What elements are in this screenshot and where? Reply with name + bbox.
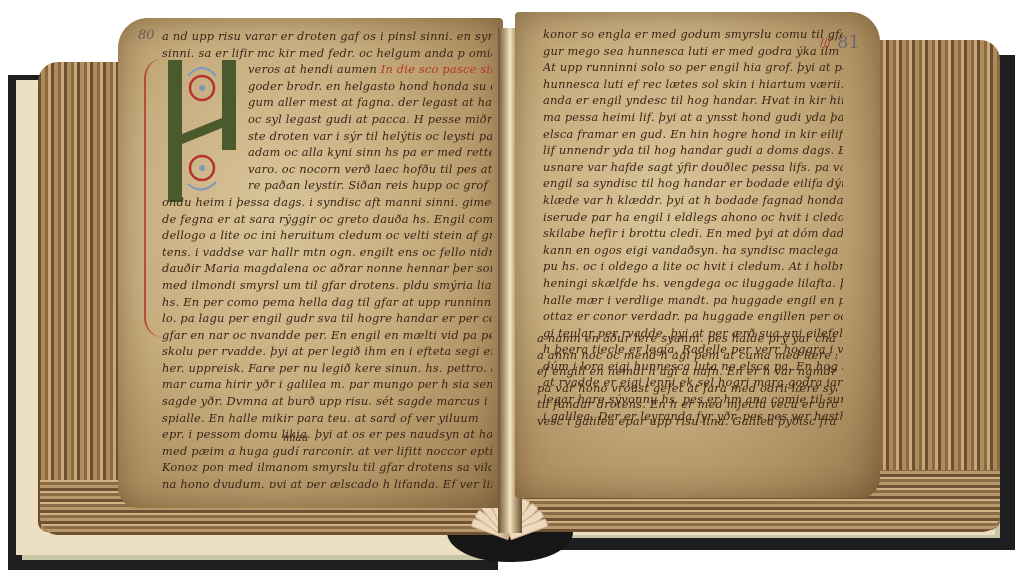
- text-line: de fegna er at sara rýggir oc greto dauð…: [162, 211, 492, 228]
- text-line: hs. En per como pema hella dag til gfar …: [162, 294, 492, 311]
- text-line: adam oc alla kyni sinn hs pa er med rett…: [162, 144, 492, 161]
- text-line: epr. i pessom domu likia. þyi at os er p…: [162, 426, 492, 443]
- text-line: ondu heim i þessa dags. i syndisc aft ma…: [162, 194, 492, 211]
- text-line: halle mær i verdlige mandt. pa huggade e…: [543, 292, 843, 309]
- text-line: engil sa syndisc til hog handar er bodad…: [543, 175, 843, 192]
- text-line: sinni. sa er lifir mc kir med fedr. oc h…: [162, 45, 492, 62]
- text-line: til fundar drotens. En h er med mjeclu v…: [537, 396, 837, 413]
- text-line: lo. pa lagu per engil gudr sva til hogre…: [162, 310, 492, 327]
- text-line: sagde yðr. Dvmna at burð upp risu. sét s…: [162, 393, 492, 410]
- text-line: med pæim a huga gudí rarconir. at ver li…: [162, 443, 492, 460]
- right-page-text-lower: a namn en aður lere syanni. pes halde pr…: [537, 330, 837, 440]
- text-line: ottaz er conor verdadr. pa huggade engil…: [543, 308, 843, 325]
- text-line: varo. oc nocorn verð laec hofðu til pes …: [162, 161, 492, 178]
- text-line: re paðan leystir. Siðan reis hupp oc gro…: [162, 177, 492, 194]
- text-line-with-rubric: veros at hendi aumen In die sco pasce si…: [162, 61, 492, 78]
- text-line: pa var hono vroust gefet at fara med odr…: [537, 380, 837, 397]
- text-line: a nd upp risu varar er droten gaf os i p…: [162, 28, 492, 45]
- text-line: mar cuma hirir yðr i galilea m. par mung…: [162, 376, 492, 393]
- text-line: elsca framar en gud. En hin hogre hond i…: [543, 126, 843, 143]
- rubric-heading: In die sco pasce sino ad ppim.: [381, 62, 492, 76]
- text-line: kann en ogos eigi vandaðsyn. ha syndisc …: [543, 242, 843, 259]
- text-line: a namn en aður lere syanni. pes halde pr…: [537, 330, 837, 347]
- left-page: 80 46 a nd upp risu varar er droten gaf …: [118, 18, 503, 508]
- folio-number: 80: [138, 28, 155, 43]
- text-line: At upp runninni solo so per engil hia gr…: [543, 59, 843, 76]
- text-line: skolu per rvadde. þyi at per legið ihm e…: [162, 343, 492, 360]
- text-line: ef engill en nemdi h agi a nafn. En er h…: [537, 363, 837, 380]
- text-line: gfar en nar oc nvandde per. En engil en …: [162, 327, 492, 344]
- text-line: konor so engla er med godum smyrslu comu…: [543, 26, 843, 43]
- catchword: miau: [283, 433, 308, 444]
- text-line: pu hs. oc i oldego a lite oc hvit i cled…: [543, 258, 843, 275]
- text-line: gur mego sea hunnesca luti er med godra …: [543, 43, 843, 60]
- text-line: anda er engil yndesc til hog handar. Hva…: [543, 92, 843, 109]
- text-line: ma pessa heimi lif. þyi at a ynsst hond …: [543, 109, 843, 126]
- text-line: tens. i vaddse var hallr mtn ogn. engilt…: [162, 244, 492, 261]
- text-line: heningi skælfde hs. vengdega oc iluggade…: [543, 275, 843, 292]
- text-line: her. uppreisk. Fare per nu legið kere si…: [162, 360, 492, 377]
- text-line: vesc i galilea epar upp risu lina. Galil…: [537, 413, 837, 430]
- text-line: usnare var hafde sagt ýfir douðlec pessa…: [543, 159, 843, 176]
- text-line: oc syl legast gudi at pacca. H pesse mið…: [162, 111, 492, 128]
- text-line: skilabe hefir i brottu cledi. En med þyi…: [543, 225, 843, 242]
- text-line: klæde var h klæddr. þyi at h bodade fagn…: [543, 192, 843, 209]
- text-line: lif unnendr yda til hog handar gudi a do…: [543, 142, 843, 159]
- text-line: iserude par ha engil i eldlegs ahono oc …: [543, 209, 843, 226]
- text-line: a annn noc oc ménd h agi pem at cuma med…: [537, 347, 837, 364]
- text-line: na hono dyudum. pyi at per ælscado h lif…: [162, 476, 492, 488]
- page-block-edge-right: [860, 40, 1000, 530]
- text-line: dauðir Maria magdalena oc aðrar nonne he…: [162, 260, 492, 277]
- right-page: /// 81 konor so engla er med godum smyrs…: [515, 12, 880, 498]
- text-line: goder brodr. en helgasto hond honda su e…: [162, 78, 492, 95]
- text-line: gum aller mest at fagna. der legast at h…: [162, 94, 492, 111]
- text-line: ste droten var i sýr til helýtis oc leys…: [162, 128, 492, 145]
- text-line: med ilmondi smyrsl um til gfar drotens. …: [162, 277, 492, 294]
- text-line: dellogo a lite oc ini heruitum cledum oc…: [162, 227, 492, 244]
- text-line: hunnesca luti ef rec lætes sol skin i hi…: [543, 76, 843, 93]
- text-line: Konoz pon med ilmanom smyrslu til gfar d…: [162, 459, 492, 476]
- text-line: spialle. En halle mikir para teu. at sar…: [162, 410, 492, 427]
- left-page-text: a nd upp risu varar er droten gaf os i p…: [162, 28, 492, 488]
